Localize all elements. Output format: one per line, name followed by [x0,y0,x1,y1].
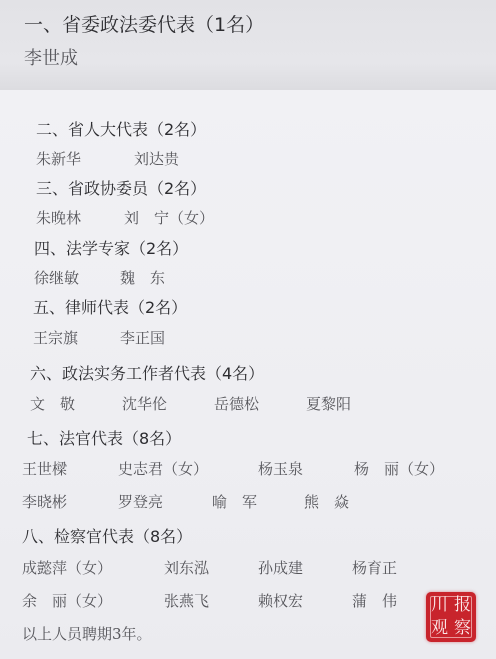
name-item: 张燕飞 [164,590,209,611]
name-item: 杨 丽（女） [354,458,444,479]
section-heading-8: 八、检察官代表（8名） [22,524,192,547]
name-item: 熊 焱 [304,491,349,512]
name-item: 成懿萍（女） [22,557,112,578]
name-item: 李晓彬 [22,491,67,512]
name-item: 史志君（女） [118,458,208,479]
name-item: 刘东泓 [164,557,209,578]
section-heading-6: 六、政法实务工作者代表（4名） [30,361,264,384]
section-heading-4: 四、法学专家（2名） [34,236,188,259]
name-item: 蒲 伟 [352,590,397,611]
name-item: 刘 宁（女） [124,207,214,228]
name-item: 朱晚林 [36,207,81,228]
section-heading-7: 七、法官代表（8名） [27,426,181,449]
section-heading-3: 三、省政协委员（2名） [36,176,206,199]
section-heading-1: 一、省委政法委代表（1名） [24,10,264,37]
section-heading-2: 二、省人大代表（2名） [36,117,206,140]
name-item: 罗登亮 [118,491,163,512]
seal-border [430,596,472,638]
name-item: 朱新华 [36,148,81,169]
name-item: 王宗旗 [33,327,78,348]
name-item: 徐继敏 [34,267,79,288]
name-item: 刘达贵 [134,148,179,169]
chuanbao-seal-logo: 川 报 观 察 [426,592,476,642]
name-item: 孙成建 [258,557,303,578]
name-item: 王世樑 [22,458,67,479]
term-note: 以上人员聘期3年。 [22,623,152,644]
name-item: 岳德松 [214,393,259,414]
name-item: 赖权宏 [258,590,303,611]
name-item: 魏 东 [120,267,165,288]
name-item: 李正国 [120,327,165,348]
name-item: 余 丽（女） [22,590,112,611]
name-item: 喻 军 [212,491,257,512]
name-item: 杨育正 [352,557,397,578]
name-item: 李世成 [24,44,78,70]
section-heading-5: 五、律师代表（2名） [33,295,187,318]
name-item: 夏黎阳 [306,393,351,414]
name-item: 沈华伦 [122,393,167,414]
name-item: 杨玉泉 [258,458,303,479]
name-item: 文 敬 [30,393,75,414]
